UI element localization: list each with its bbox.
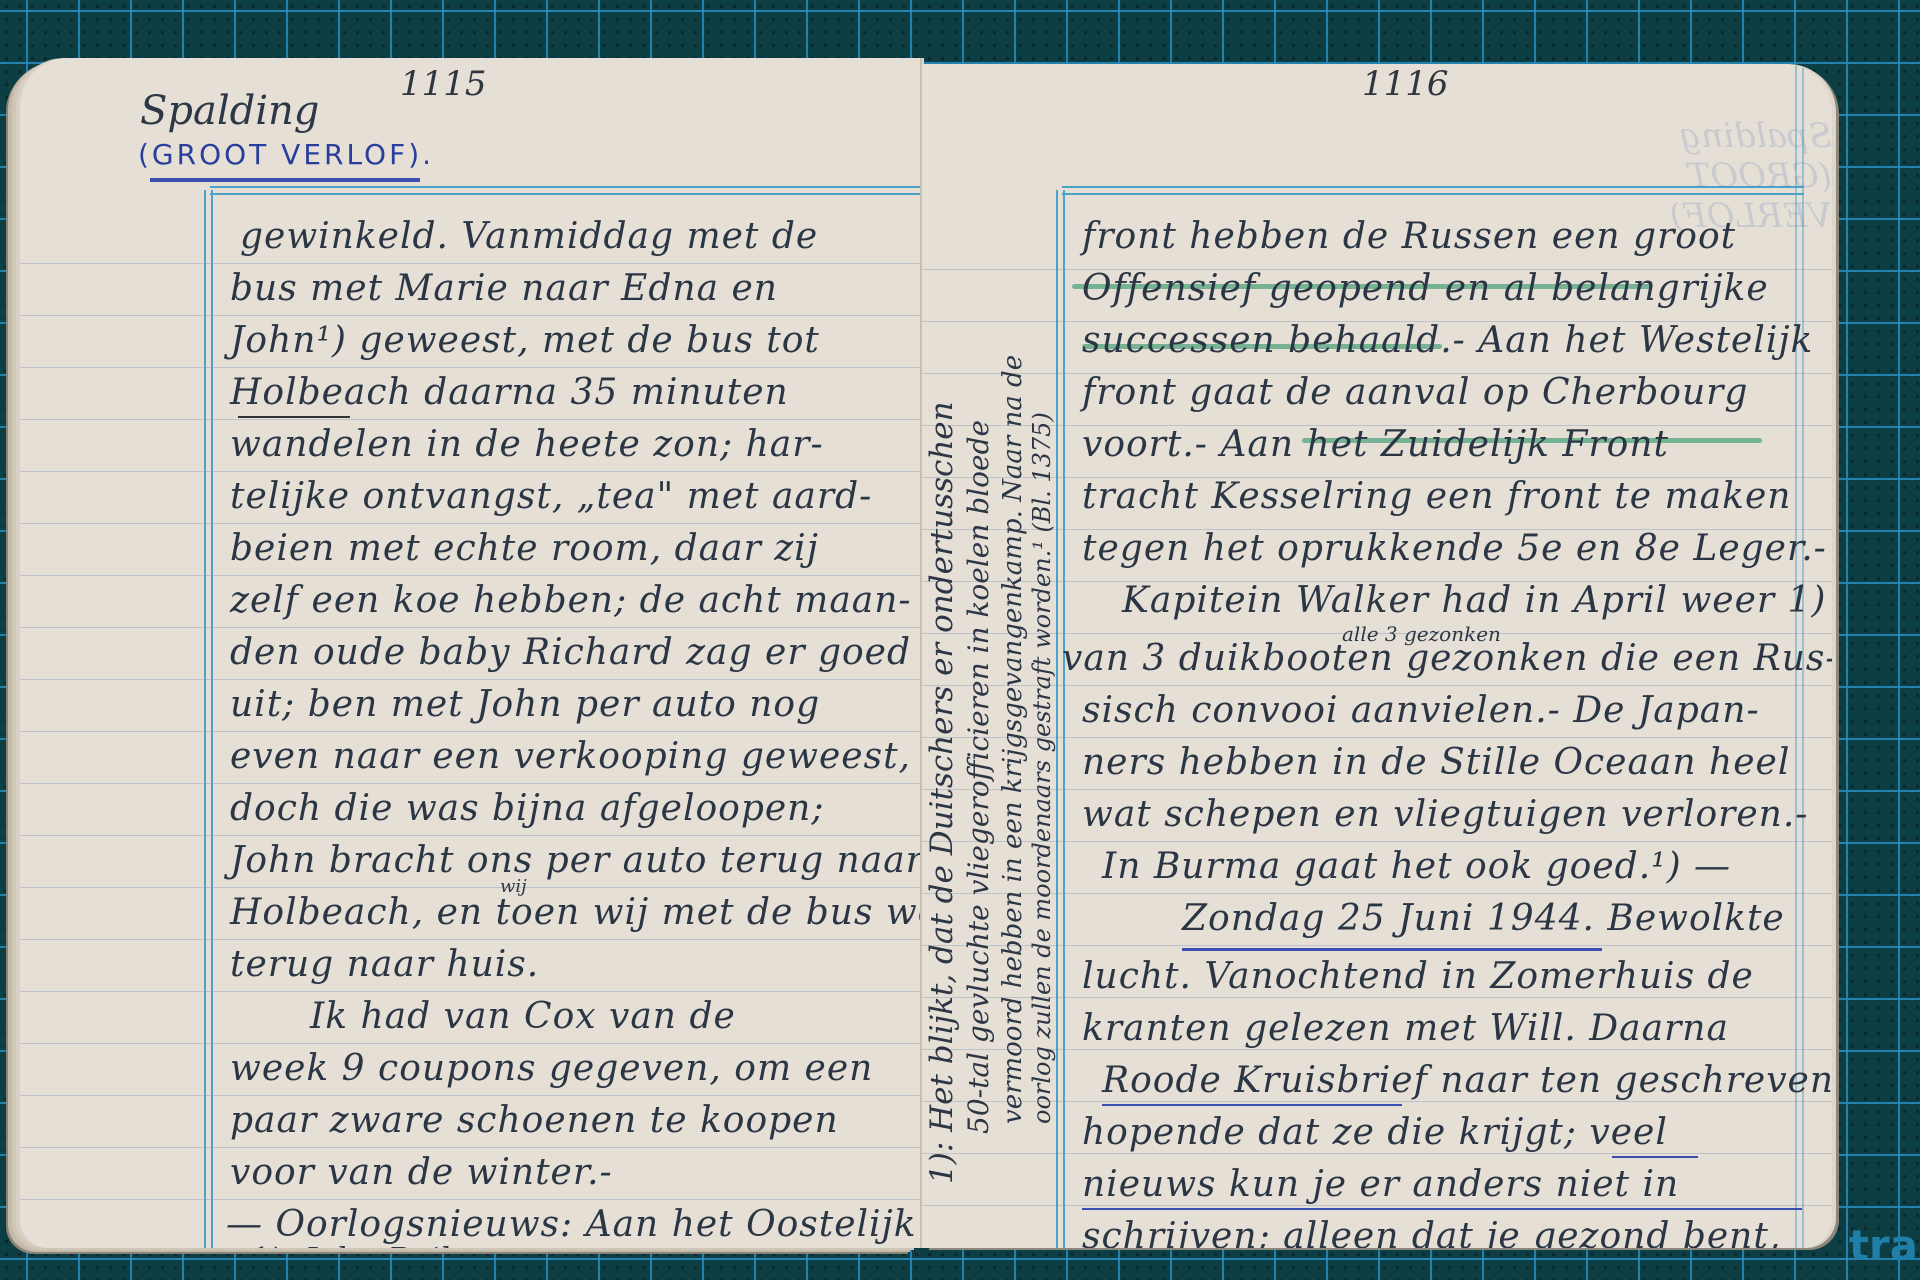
- text-line: In Burma gaat het ook goed.¹) —: [1102, 846, 1731, 887]
- text-line: Holbeach, en toen wij met de bus weer: [230, 892, 922, 933]
- text-line: tracht Kesselring een front te maken: [1082, 476, 1791, 517]
- text-line: John bracht ons per auto terug naar: [230, 840, 922, 881]
- page-heading: Spalding: [140, 88, 319, 134]
- margin-rule: [1056, 190, 1065, 1248]
- text-line: successen behaald.- Aan het Westelijk: [1082, 320, 1813, 361]
- date-underline: [1182, 948, 1602, 951]
- underline-roode-kruisbrief: [1102, 1104, 1402, 1106]
- text-line: bus met Marie naar Edna en: [230, 268, 778, 309]
- text-line: front gaat de aanval op Cherbourg: [1082, 372, 1748, 413]
- underline-nieuws: [1082, 1208, 1802, 1210]
- text-line: John¹) geweest, met de bus tot: [230, 320, 820, 361]
- text-line: Kapitein Walker had in April weer 1): [1122, 580, 1826, 621]
- text-line: nieuws kun je er anders niet in: [1082, 1164, 1679, 1205]
- text-line: van 3 duikbooten gezonken die een Rus-: [1062, 638, 1832, 679]
- text-line: uit; ben met John per auto nog: [230, 684, 820, 725]
- watermark-logo: tra: [1849, 1221, 1918, 1270]
- open-notebook: 1115 Spalding (GROOT VERLOF). gewinkeld.…: [8, 58, 1838, 1258]
- text-line: — Oorlogsnieuws: Aan het Oostelijk: [226, 1204, 917, 1245]
- subheading-underline: [150, 178, 420, 182]
- page-subheading: (GROOT VERLOF).: [138, 138, 434, 171]
- text-line: tegen het oprukkende 5e en 8e Leger.-: [1082, 528, 1827, 569]
- margin-note-line: oorlog zullen de moordenaars gestraft wo…: [1028, 412, 1056, 1124]
- text-line: voort.- Aan het Zuidelijk Front: [1082, 424, 1669, 465]
- text-line: Holbeach daarna 35 minuten: [230, 372, 789, 413]
- text-line: week 9 coupons gegeven, om een: [230, 1048, 873, 1089]
- margin-note-line: 1): Het blijkt, dat de Duitschers er ond…: [924, 401, 960, 1184]
- text-line: sisch convooi aanvielen.- De Japan-: [1082, 690, 1760, 731]
- text-line: terug naar huis.: [230, 944, 539, 985]
- page-number: 1115: [400, 64, 487, 104]
- text-line: front hebben de Russen een groot: [1082, 216, 1736, 257]
- right-page: Spalding (GROOT VERLOF) 1116 1): Het bli…: [922, 64, 1832, 1248]
- text-line: beien met echte room, daar zij: [230, 528, 819, 569]
- text-line: ners hebben in de Stille Oceaan heel: [1082, 742, 1790, 783]
- text-line: Ik had van Cox van de: [310, 996, 736, 1037]
- text-line: den oude baby Richard zag er goed: [230, 632, 911, 673]
- text-line: wandelen in de heete zon; har-: [230, 424, 824, 465]
- left-page: 1115 Spalding (GROOT VERLOF). gewinkeld.…: [20, 58, 922, 1248]
- page-number: 1116: [1362, 64, 1449, 104]
- text-line: doch die was bijna afgeloopen;: [230, 788, 825, 829]
- header-rule: [210, 186, 922, 195]
- text-line: voor van de winter.-: [230, 1152, 613, 1193]
- text-line: Roode Kruisbrief naar ten geschreven,: [1102, 1060, 1832, 1101]
- underline-veel: [1612, 1156, 1698, 1158]
- text-line: zelf een koe hebben; de acht maan-: [230, 580, 912, 621]
- text-line: even naar een verkooping geweest,: [230, 736, 911, 777]
- text-line: Offensief geopend en al belangrijke: [1082, 268, 1769, 309]
- text-line: telijke ontvangst, „tea" met aard-: [230, 476, 872, 517]
- text-line: kranten gelezen met Will. Daarna: [1082, 1008, 1729, 1049]
- footnote: 1): John Bailey.: [250, 1242, 494, 1248]
- underline-holbeach: [238, 416, 350, 418]
- text-line: schrijven; alleen dat je gezond bent,: [1082, 1216, 1781, 1248]
- margin-rule: [204, 190, 213, 1248]
- margin-note-line: vermoord hebben in een krijgsgevangenkam…: [998, 355, 1028, 1124]
- text-line: paar zware schoenen te koopen: [230, 1100, 839, 1141]
- text-line: gewinkeld. Vanmiddag met de: [240, 216, 818, 257]
- text-line: wat schepen en vliegtuigen verloren.-: [1082, 794, 1808, 835]
- text-line: lucht. Vanochtend in Zomerhuis de: [1082, 956, 1754, 997]
- margin-note-line: 50-tal gevluchte vliegerofficieren in ko…: [962, 420, 995, 1134]
- text-line: hopende dat ze die krijgt; veel: [1082, 1112, 1668, 1153]
- text-line: Zondag 25 Juni 1944. Bewolkte: [1182, 898, 1785, 939]
